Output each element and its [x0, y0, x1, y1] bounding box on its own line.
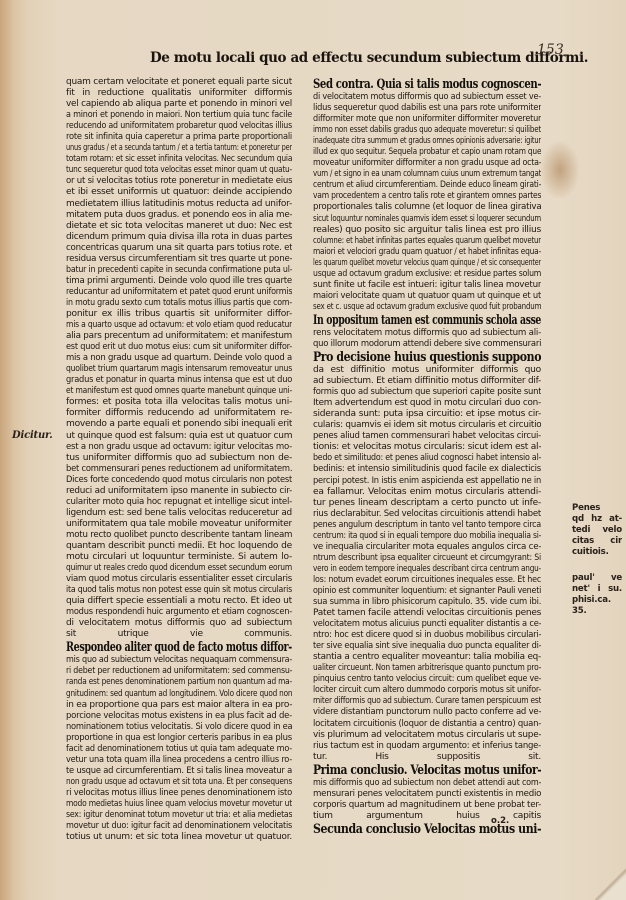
text-line: sex: igitur denominat totum movetur ut t… — [66, 810, 292, 821]
text-line: vetur una tota quam illa linea procedens… — [66, 755, 292, 766]
text-line: ntro: hoc est dicere quod si in duobus m… — [313, 630, 541, 641]
text-line: alia pars precentum ad uniformitatem: et… — [66, 331, 292, 342]
text-line: mis difformis quo ad subiectum non debet… — [313, 778, 541, 789]
text-line: vero in eodem tempore inequales describa… — [313, 564, 541, 575]
text-line: unus gradus / et a secunda tantum / et a… — [66, 143, 292, 154]
text-line: mensurari penes velocitatem puncti exist… — [313, 789, 541, 800]
text-line: formes: et posita tota illa velocitas ta… — [66, 397, 292, 408]
section-heading-prima-conclusio: Prima conclusio. Velocitas motus unifor- — [313, 763, 541, 778]
text-line: moveatur uniformiter difformiter a non g… — [313, 158, 541, 169]
margin-line: citas cir — [572, 536, 622, 547]
page-corner-fold — [595, 868, 626, 900]
text-line: ter sive equalia sint sive inequalia duo… — [313, 641, 541, 652]
text-line: ntrum describunt ipsa equaliter circueun… — [313, 553, 541, 564]
text-line: reduci ad uniformitatem ipso manente in … — [66, 486, 292, 497]
text-line: ualiter circueunt. Non tamen arbitrerisq… — [313, 663, 541, 674]
text-line: mitatem puta duos gradus. et ponendo eos… — [66, 210, 292, 221]
text-line: quo illorum modorum attendi debere sive … — [313, 339, 541, 350]
section-heading-respondeo: Respondeo aliter quod de facto motus dif… — [66, 640, 292, 655]
text-line: ita quod talis motus non potest esse qui… — [66, 585, 292, 596]
text-line: in motu gradu sexto cum totalis motus il… — [66, 298, 292, 309]
text-line: Patet tamen facile attendi velocitas cir… — [313, 608, 541, 619]
text-line: gnitudinem: sed quantum ad longitudinem.… — [66, 689, 292, 700]
text-line: les quarum quelibet movetur velocius qua… — [313, 258, 541, 269]
text-line: da est diffinitio motus uniformiter diff… — [313, 365, 541, 376]
text-line: motu circulari ut loquuntur terministe. … — [66, 552, 292, 563]
text-line: reales) quo posito sic arguitur talis li… — [313, 225, 541, 236]
text-line: penes angulum descriptum in tanto vel ta… — [313, 520, 541, 531]
text-line: proportionales talis columne (et loquor … — [313, 202, 541, 213]
text-line: di velocitatem motus difformis quo ad su… — [66, 618, 292, 629]
text-line: ri debet per reductionem ad uniformitate… — [66, 666, 292, 677]
text-line: tus uniformiter difformis quo ad subiect… — [66, 453, 292, 464]
text-line: vum / et signo in ea unam columnam cuius… — [313, 169, 541, 180]
text-line: porcione velocitas motus existens in ea … — [66, 711, 292, 722]
book-page: De motu locali quo ad effectu secundum s… — [0, 0, 626, 900]
text-line: bedo et similitudo: et penes aliud cogno… — [313, 453, 541, 464]
text-line: velocitatem motus alicuius puncti equali… — [313, 619, 541, 630]
text-line: et manifestum est quod omnes quarte mane… — [66, 386, 292, 397]
text-line: rens velocitatem motus difformis quo ad … — [313, 328, 541, 339]
text-line: videre distantiam punctorum nullo pacto … — [313, 707, 541, 718]
text-line: movendo a parte equali et ponendo sibi i… — [66, 419, 292, 430]
text-line: usque ad octavum gradum exclusive: et re… — [313, 269, 541, 280]
text-line: modo medietas huius linee quam velocius … — [66, 799, 292, 810]
text-line: illud ex quo sequitur. Sequela probatur … — [313, 147, 541, 158]
text-line: quantam describit puncti medii. Et hoc l… — [66, 541, 292, 552]
text-line: quam certam velocitate et poneret equali… — [66, 77, 292, 88]
text-line: dietate et sic tota velocitas maneret ut… — [66, 221, 292, 232]
text-line: inadequate citra summum et gradus omnes … — [313, 136, 541, 147]
margin-line: Penes — [572, 503, 622, 514]
text-line: rote sit infinita quia caperetur a prima… — [66, 132, 292, 143]
margin-note-left: Dicitur. — [12, 430, 52, 441]
text-line: modus respondendi huic argumento et etia… — [66, 607, 292, 618]
text-line: centrum: ita quod si in equali tempore d… — [313, 531, 541, 542]
text-line: reducendo ad uniformitatem probaretur qu… — [66, 121, 292, 132]
text-line: tur penes lineam descriptam a certo punc… — [313, 498, 541, 509]
text-line: mis a non gradu usque ad quartum. Deinde… — [66, 353, 292, 364]
text-line: vam procedentem a centro talis rote et g… — [313, 191, 541, 202]
text-line: uniformitatem qua tale mobile moveatur u… — [66, 519, 292, 530]
text-line: et ibi esset uniformis ut quatuor: deind… — [66, 187, 292, 198]
text-line: fit in reductione qualitatis uniformiter… — [66, 88, 292, 99]
text-line: totius ut unum: et sic tota linea movetu… — [66, 832, 292, 843]
text-line: opinio est communiter loquentium: et sig… — [313, 586, 541, 597]
text-line: percipi potest. In istis enim aspicienda… — [313, 476, 541, 487]
text-line: formis quo ad subiectum que superiori ca… — [313, 387, 541, 398]
text-line: immo non esset dabilis gradus quo adequa… — [313, 125, 541, 136]
text-line: sit utrique vie communis. — [66, 629, 292, 640]
text-line: cularis: quamvis ei idem sit motus circu… — [313, 420, 541, 431]
text-line: quia differt specie essentiali a motu re… — [66, 596, 292, 607]
text-line: ea fallamur. Velocitas enim motus circul… — [313, 487, 541, 498]
margin-line: net' i su. — [572, 584, 622, 595]
margin-line: tedi velo — [572, 525, 622, 536]
text-line: est a non gradu usque ad octavum: igitur… — [66, 442, 292, 453]
text-line: pinquius centro tanto velocius circuit: … — [313, 674, 541, 685]
text-line: Dices forte concedendo quod motus circul… — [66, 475, 292, 486]
text-line: te usque ad circumferentiam. Et si talis… — [66, 766, 292, 777]
text-line: rius declarabitur. Sed velocitas circuit… — [313, 509, 541, 520]
text-line: stantia a centro equaliter moveantur: ta… — [313, 652, 541, 663]
text-line: locitatem circuitionis (loquor de distan… — [313, 719, 541, 730]
margin-line: cuitiois. — [572, 547, 622, 558]
text-line: sex et c. usque ad octavum gradum exclus… — [313, 302, 541, 313]
text-line: ad subiectum. Et etiam diffinitio motus … — [313, 376, 541, 387]
text-line: rius tactum est in quodam argumento: et … — [313, 741, 541, 752]
margin-note-penes: Penes qd hz at- tedi velo citas cir cuit… — [572, 503, 622, 558]
text-line: ve inequalia circulariter mota equales a… — [313, 542, 541, 553]
text-line: bet commensurari penes reductionem ad un… — [66, 464, 292, 475]
margin-note-paulus: paul' ve net' i su. phisi.ca. 35. — [572, 573, 622, 617]
text-line: sua summa in libro phisicorum capitulo. … — [313, 597, 541, 608]
text-line: miter difformis quo ad subiectum. Curare… — [313, 696, 541, 707]
text-line: tunc sequeretur quod tota velocitas esse… — [66, 165, 292, 176]
left-column: quam certam velocitate et poneret equali… — [66, 77, 292, 843]
text-line: concentricas quarum una sit quarta pars … — [66, 243, 292, 254]
margin-line: phisi.ca. — [572, 595, 622, 606]
text-line: in ea proportione qua pars est maior alt… — [66, 700, 292, 711]
text-line: tur. His suppositis sit. — [313, 752, 541, 763]
text-line: culariter moto quia hoc repugnat et inte… — [66, 497, 292, 508]
text-line: a minori et ponendo in maiori. Non terti… — [66, 110, 292, 121]
text-line: est quod erit ut duo motus eius: cum sit… — [66, 342, 292, 353]
text-line: vis plurimum ad velocitatem motus circul… — [313, 730, 541, 741]
text-line: ut quinque quod est falsum: quia est ut … — [66, 431, 292, 442]
text-line: totam rotam: et sic esset infinita veloc… — [66, 154, 292, 165]
signature-mark: o.2. — [491, 816, 509, 826]
text-line: ponitur ex illis tribus quartis sit unif… — [66, 309, 292, 320]
text-line: Item advertendum est quod in motu circul… — [313, 398, 541, 409]
text-line: or ut si velocitas totius rote poneretur… — [66, 176, 292, 187]
text-line: lociter circuit cum altero dummodo corpo… — [313, 685, 541, 696]
running-head: De motu locali quo ad effectu secundum s… — [150, 50, 530, 66]
text-line: quimur ut reales credo quod dicendum ess… — [66, 563, 292, 574]
text-line: facit ad denominationem totius ut quia t… — [66, 744, 292, 755]
text-line: medietatem illius latitudinis motus redu… — [66, 199, 292, 210]
text-line: reducantur ad uniformitatem et patet quo… — [66, 287, 292, 298]
section-heading-in-oppositum: In oppositum tamen est communis schola a… — [313, 313, 541, 328]
text-line: motu recto quolibet puncto describente t… — [66, 530, 292, 541]
text-line: lidus sequeretur quod dabilis est una pa… — [313, 103, 541, 114]
text-line: di velocitatem motus difformis quo ad su… — [313, 92, 541, 103]
section-heading-sed-contra: Sed contra. Quia si talis modus cognosce… — [313, 77, 541, 92]
text-line: ligendum est: sed bene talis velocitas r… — [66, 508, 292, 519]
margin-line: qd hz at- — [572, 514, 622, 525]
text-line: maiori et velociori gradu quam quatuor /… — [313, 247, 541, 258]
text-line: dicendum primum quia divisa illa rota in… — [66, 232, 292, 243]
text-line: tionis: et velocitas motus circularis: s… — [313, 442, 541, 453]
text-line: gradus et ponatur in quarta minus intens… — [66, 375, 292, 386]
text-line: formiter difformis reducendo ad uniformi… — [66, 408, 292, 419]
text-line: corporis quartum ad magnitudinem ut bene… — [313, 800, 541, 811]
text-line: batur in precedenti capite in secunda co… — [66, 265, 292, 276]
text-line: ri velocitas motus illius linee penes de… — [66, 788, 292, 799]
text-line: los: notum evadet eorum circuitiones ine… — [313, 575, 541, 586]
paper-stain — [540, 140, 580, 200]
text-line: viam quod motus circularis essentialiter… — [66, 574, 292, 585]
text-line: vel capiendo ab aliqua parte et ponendo … — [66, 99, 292, 110]
folio-number: 153 — [537, 42, 564, 58]
text-line: penes aliud tamen commensurari habet vel… — [313, 431, 541, 442]
text-line: non gradu usque ad octavum et sit tota u… — [66, 777, 292, 788]
text-line: proportione in qua est longior certeris … — [66, 733, 292, 744]
margin-line: 35. — [572, 606, 622, 617]
text-line: sicut loquuntur nominales quamvis idem e… — [313, 214, 541, 225]
section-heading-pro-decisione: Pro decisione huius questionis suppono — [313, 350, 541, 365]
text-line: sunt finite ut facile est intueri: igitu… — [313, 280, 541, 291]
text-line: quolibet trium quartarum magis intensaru… — [66, 364, 292, 375]
text-line: tima primi argumenti. Deinde volo quod i… — [66, 276, 292, 287]
text-line: difformiter mote que non uniformiter dif… — [313, 114, 541, 125]
text-line: bedinis: et intensio similitudinis quod … — [313, 464, 541, 475]
text-line: centrum et aliud circumferentiam. Deinde… — [313, 180, 541, 191]
text-line: nominationem totius velocitatis. Si volo… — [66, 722, 292, 733]
text-line: randa est penes denominationem partium n… — [66, 677, 292, 688]
right-column: Sed contra. Quia si talis modus cognosce… — [313, 77, 541, 837]
margin-line: paul' ve — [572, 573, 622, 584]
text-line: residua versus circumferentiam sit tres … — [66, 254, 292, 265]
text-line: sideranda sunt: puta ipsa circuitio: et … — [313, 409, 541, 420]
text-line: mis a quarto usque ad octavum: et volo e… — [66, 320, 292, 331]
text-line: mis quo ad subiectum velocitas nequaquam… — [66, 655, 292, 666]
text-line: columne: et habet infinitas partes equal… — [313, 236, 541, 247]
text-line: movetur ut duo: igitur facit ad denomina… — [66, 821, 292, 832]
text-line: maiori velocitate quam ut quatuor quam u… — [313, 291, 541, 302]
